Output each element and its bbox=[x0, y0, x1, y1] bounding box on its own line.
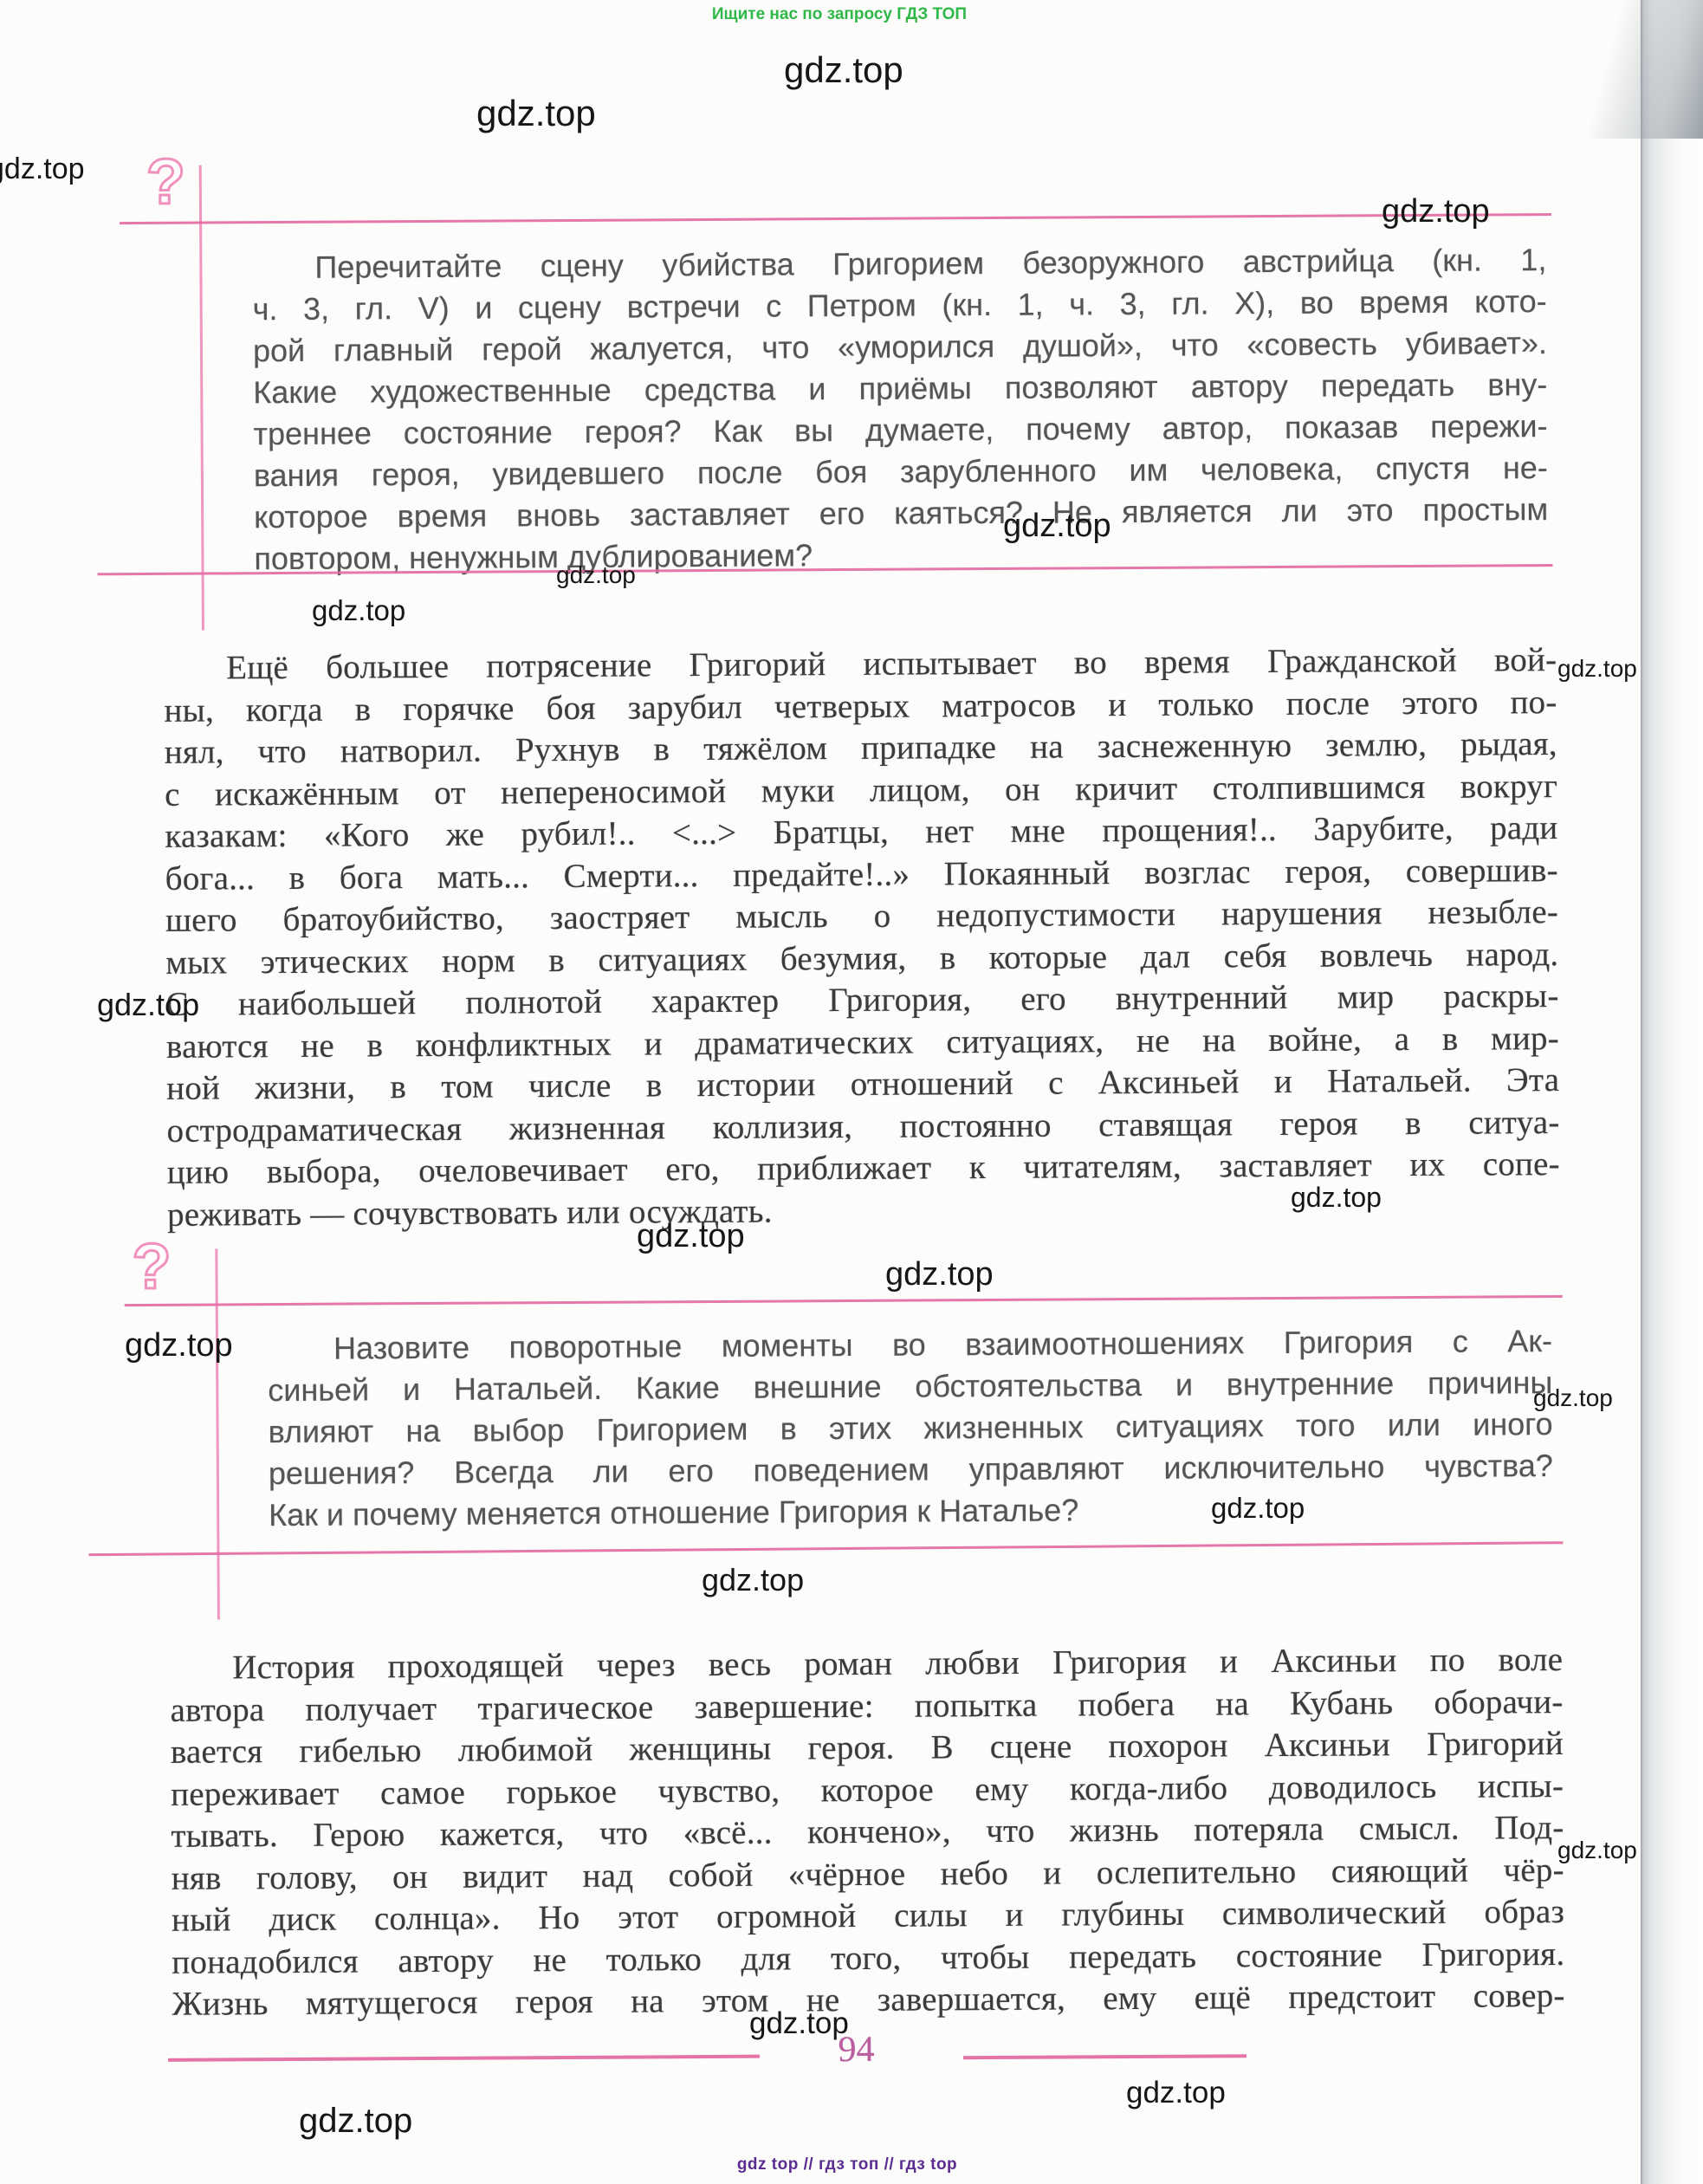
printed-content: ? Перечитайте сцену убийства Григорием б… bbox=[0, 0, 1703, 2184]
text-line: Жизнь мятущегося героя на этом не заверш… bbox=[172, 1975, 1565, 2025]
question-block-top-rule bbox=[120, 213, 1551, 224]
scanned-textbook-page: ? Перечитайте сцену убийства Григорием б… bbox=[0, 0, 1703, 2184]
text-line: Как и почему меняется отношение Григория… bbox=[269, 1487, 1553, 1536]
site-header-note: Ищите нас по запросу ГДЗ ТОП bbox=[712, 5, 967, 24]
body-paragraph-2: История проходящей через весь роман любв… bbox=[170, 1639, 1565, 2025]
question-block-vertical-rule bbox=[199, 165, 204, 631]
page-number: 94 bbox=[815, 2029, 897, 2071]
question-2-text: Назовите поворотные моменты во взаимоотн… bbox=[268, 1320, 1553, 1536]
question-mark-icon: ? bbox=[132, 1235, 172, 1299]
text-line: реживать — сочувствовать или осуждать. bbox=[167, 1186, 1560, 1236]
text-line: которое время вновь заставляет его каять… bbox=[254, 489, 1548, 538]
question-block-bottom-rule bbox=[88, 1541, 1563, 1556]
text-line: цию выбора, очеловечивает его, приближае… bbox=[167, 1144, 1560, 1194]
question-mark-icon: ? bbox=[146, 150, 186, 214]
site-footer-note: gdz top // гдз топ // гдз top bbox=[737, 2155, 957, 2174]
text-line: решения? Всегда ли его поведением управл… bbox=[269, 1445, 1553, 1494]
question-1-text: Перечитайте сцену убийства Григорием без… bbox=[252, 239, 1548, 580]
body-paragraph-1: Ещё большее потрясение Григорий испытыва… bbox=[164, 639, 1560, 1236]
question-block-top-rule bbox=[125, 1295, 1563, 1306]
footer-rule-left bbox=[168, 2055, 760, 2062]
footer-rule-right bbox=[963, 2054, 1246, 2059]
